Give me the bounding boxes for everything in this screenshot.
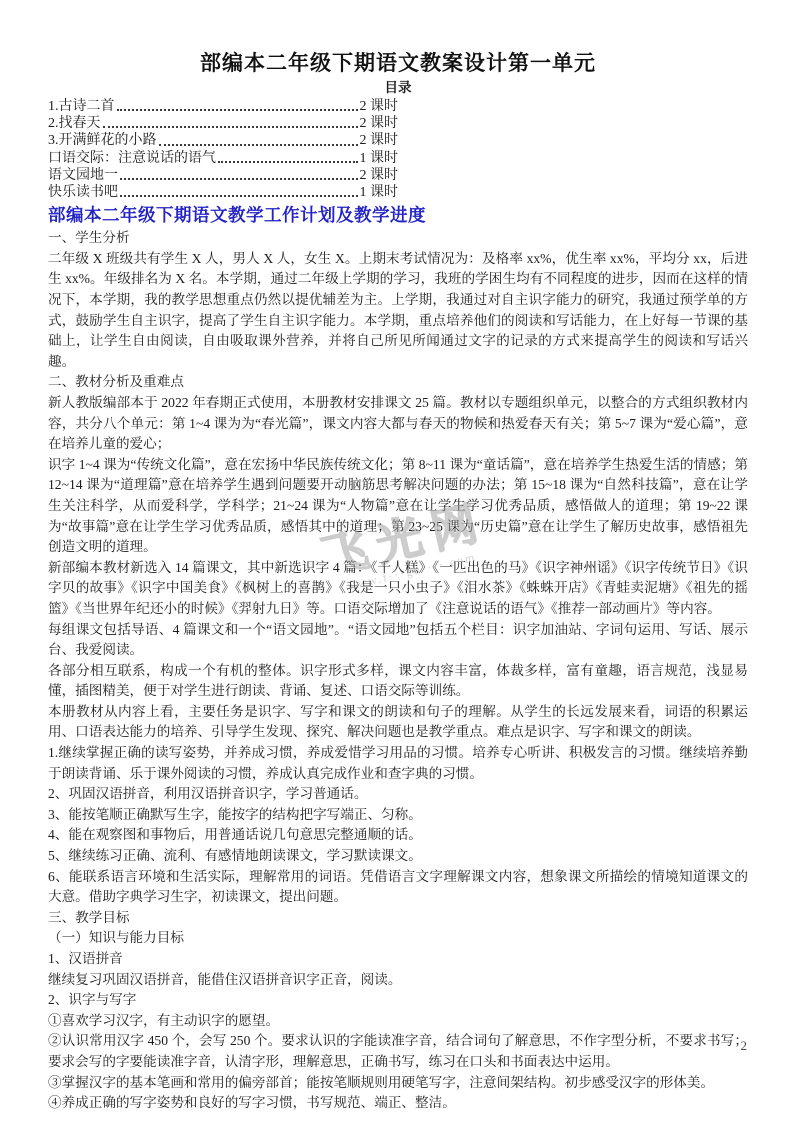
- toc-entry-hours: 2 课时: [360, 132, 399, 149]
- para-literacy-2: ②认识常用汉字 450 个，会写 250 个。要求认识的字能读准字音，结合词句了…: [48, 1031, 748, 1072]
- toc-entry: 3.开满鲜花的小路 2 课时: [48, 132, 398, 149]
- heading-knowledge-ability: （一）知识与能力目标: [48, 928, 748, 949]
- para-item-2: 2、巩固汉语拼音，利用汉语拼音识字，学习普通话。: [48, 784, 748, 805]
- toc-entry-label: 3.开满鲜花的小路: [48, 132, 157, 149]
- para-literacy-4: ④养成正确的写字姿势和良好的写字习惯，书写规范、端正、整洁。: [48, 1093, 748, 1114]
- toc-heading: 目录: [48, 80, 748, 96]
- toc-entry-hours: 2 课时: [360, 115, 399, 132]
- table-of-contents: 1.古诗二首 2 课时 2.找春天 2 课时 3.开满鲜花的小路 2 课时 口语…: [48, 98, 398, 201]
- para-material-units-1: 新人教版编部本于 2022 年春期正式使用，本册教材安排课文 25 篇。教材以专…: [48, 393, 748, 455]
- toc-dot-leader: [103, 126, 358, 128]
- para-item-3: 3、能按笔顺正确默写生字，能按字的结构把字写端正、匀称。: [48, 805, 748, 826]
- para-new-texts: 新部编本教材新选入 14 篇课文，其中新选识字 4 篇：《千人糕》《一匹出色的马…: [48, 558, 748, 620]
- toc-entry-hours: 2 课时: [360, 167, 399, 184]
- heading-material-analysis: 二、教材分析及重难点: [48, 372, 748, 393]
- toc-entry: 语文园地一 2 课时: [48, 167, 398, 184]
- heading-teaching-goals: 三、教学目标: [48, 908, 748, 929]
- para-habit-1: 1.继续掌握正确的读写姿势，并养成习惯，养成爱惜学习用品的习惯。培养专心听讲、积…: [48, 743, 748, 784]
- heading-student-analysis: 一、学生分析: [48, 228, 748, 249]
- plan-section-heading: 部编本二年级下期语文教学工作计划及教学进度: [48, 204, 748, 227]
- toc-dot-leader: [120, 178, 358, 180]
- para-pinyin: 继续复习巩固汉语拼音，能借住汉语拼音识字正音，阅读。: [48, 970, 748, 991]
- para-item-4: 4、能在观察图和事物后，用普通话说几句意思完整通顺的话。: [48, 825, 748, 846]
- toc-dot-leader: [120, 195, 358, 197]
- toc-entry: 快乐读书吧 1 课时: [48, 184, 398, 201]
- toc-entry-hours: 2 课时: [360, 98, 399, 115]
- para-key-difficulties: 本册教材从内容上看，主要任务是识字、写字和课文的朗读和句子的理解。从学生的长远发…: [48, 702, 748, 743]
- toc-dot-leader: [117, 109, 358, 111]
- document-page: 部编本二年级下期语文教案设计第一单元 目录 1.古诗二首 2 课时 2.找春天 …: [0, 0, 793, 1122]
- toc-entry-label: 语文园地一: [48, 167, 118, 184]
- toc-dot-leader: [159, 144, 358, 146]
- toc-entry-hours: 1 课时: [360, 184, 399, 201]
- para-overall-structure: 各部分相互联系，构成一个有机的整体。识字形式多样，课文内容丰富，体裁多样，富有童…: [48, 661, 748, 702]
- toc-entry: 口语交际：注意说话的语气 1 课时: [48, 150, 398, 167]
- document-title: 部编本二年级下期语文教案设计第一单元: [48, 50, 748, 77]
- para-unit-structure: 每组课文包括导语、4 篇课文和一个“语文园地”。“语文园地”包括五个栏目：识字加…: [48, 620, 748, 661]
- toc-entry: 1.古诗二首 2 课时: [48, 98, 398, 115]
- toc-entry-hours: 1 课时: [360, 150, 399, 167]
- para-item-6: 6、能联系语言环境和生活实际，理解常用的词语。凭借语言文字理解课文内容，想象课文…: [48, 867, 748, 908]
- para-student-analysis: 二年级 X 班级共有学生 X 人，男人 X 人，女生 X。上期末考试情况为：及格…: [48, 249, 748, 373]
- toc-entry-label: 1.古诗二首: [48, 98, 115, 115]
- toc-entry-label: 口语交际：注意说话的语气: [48, 150, 216, 167]
- para-literacy-1: ①喜欢学习汉字，有主动识字的愿望。: [48, 1011, 748, 1032]
- plan-body: 一、学生分析 二年级 X 班级共有学生 X 人，男人 X 人，女生 X。上期末考…: [48, 228, 748, 1114]
- para-item-5: 5、继续练习正确、流利、有感情地朗读课文，学习默读课文。: [48, 846, 748, 867]
- para-literacy-3: ③掌握汉字的基本笔画和常用的偏旁部首；能按笔顺规则用硬笔写字，注意间架结构。初步…: [48, 1073, 748, 1094]
- toc-entry-label: 2.找春天: [48, 115, 101, 132]
- toc-dot-leader: [218, 161, 358, 163]
- heading-pinyin: 1、汉语拼音: [48, 949, 748, 970]
- heading-literacy-writing: 2、识字与写字: [48, 990, 748, 1011]
- para-material-units-2: 识字 1~4 课为“传统文化篇”，意在宏扬中华民族传统文化；第 8~11 课为“…: [48, 455, 748, 558]
- toc-entry-label: 快乐读书吧: [48, 184, 118, 201]
- toc-entry: 2.找春天 2 课时: [48, 115, 398, 132]
